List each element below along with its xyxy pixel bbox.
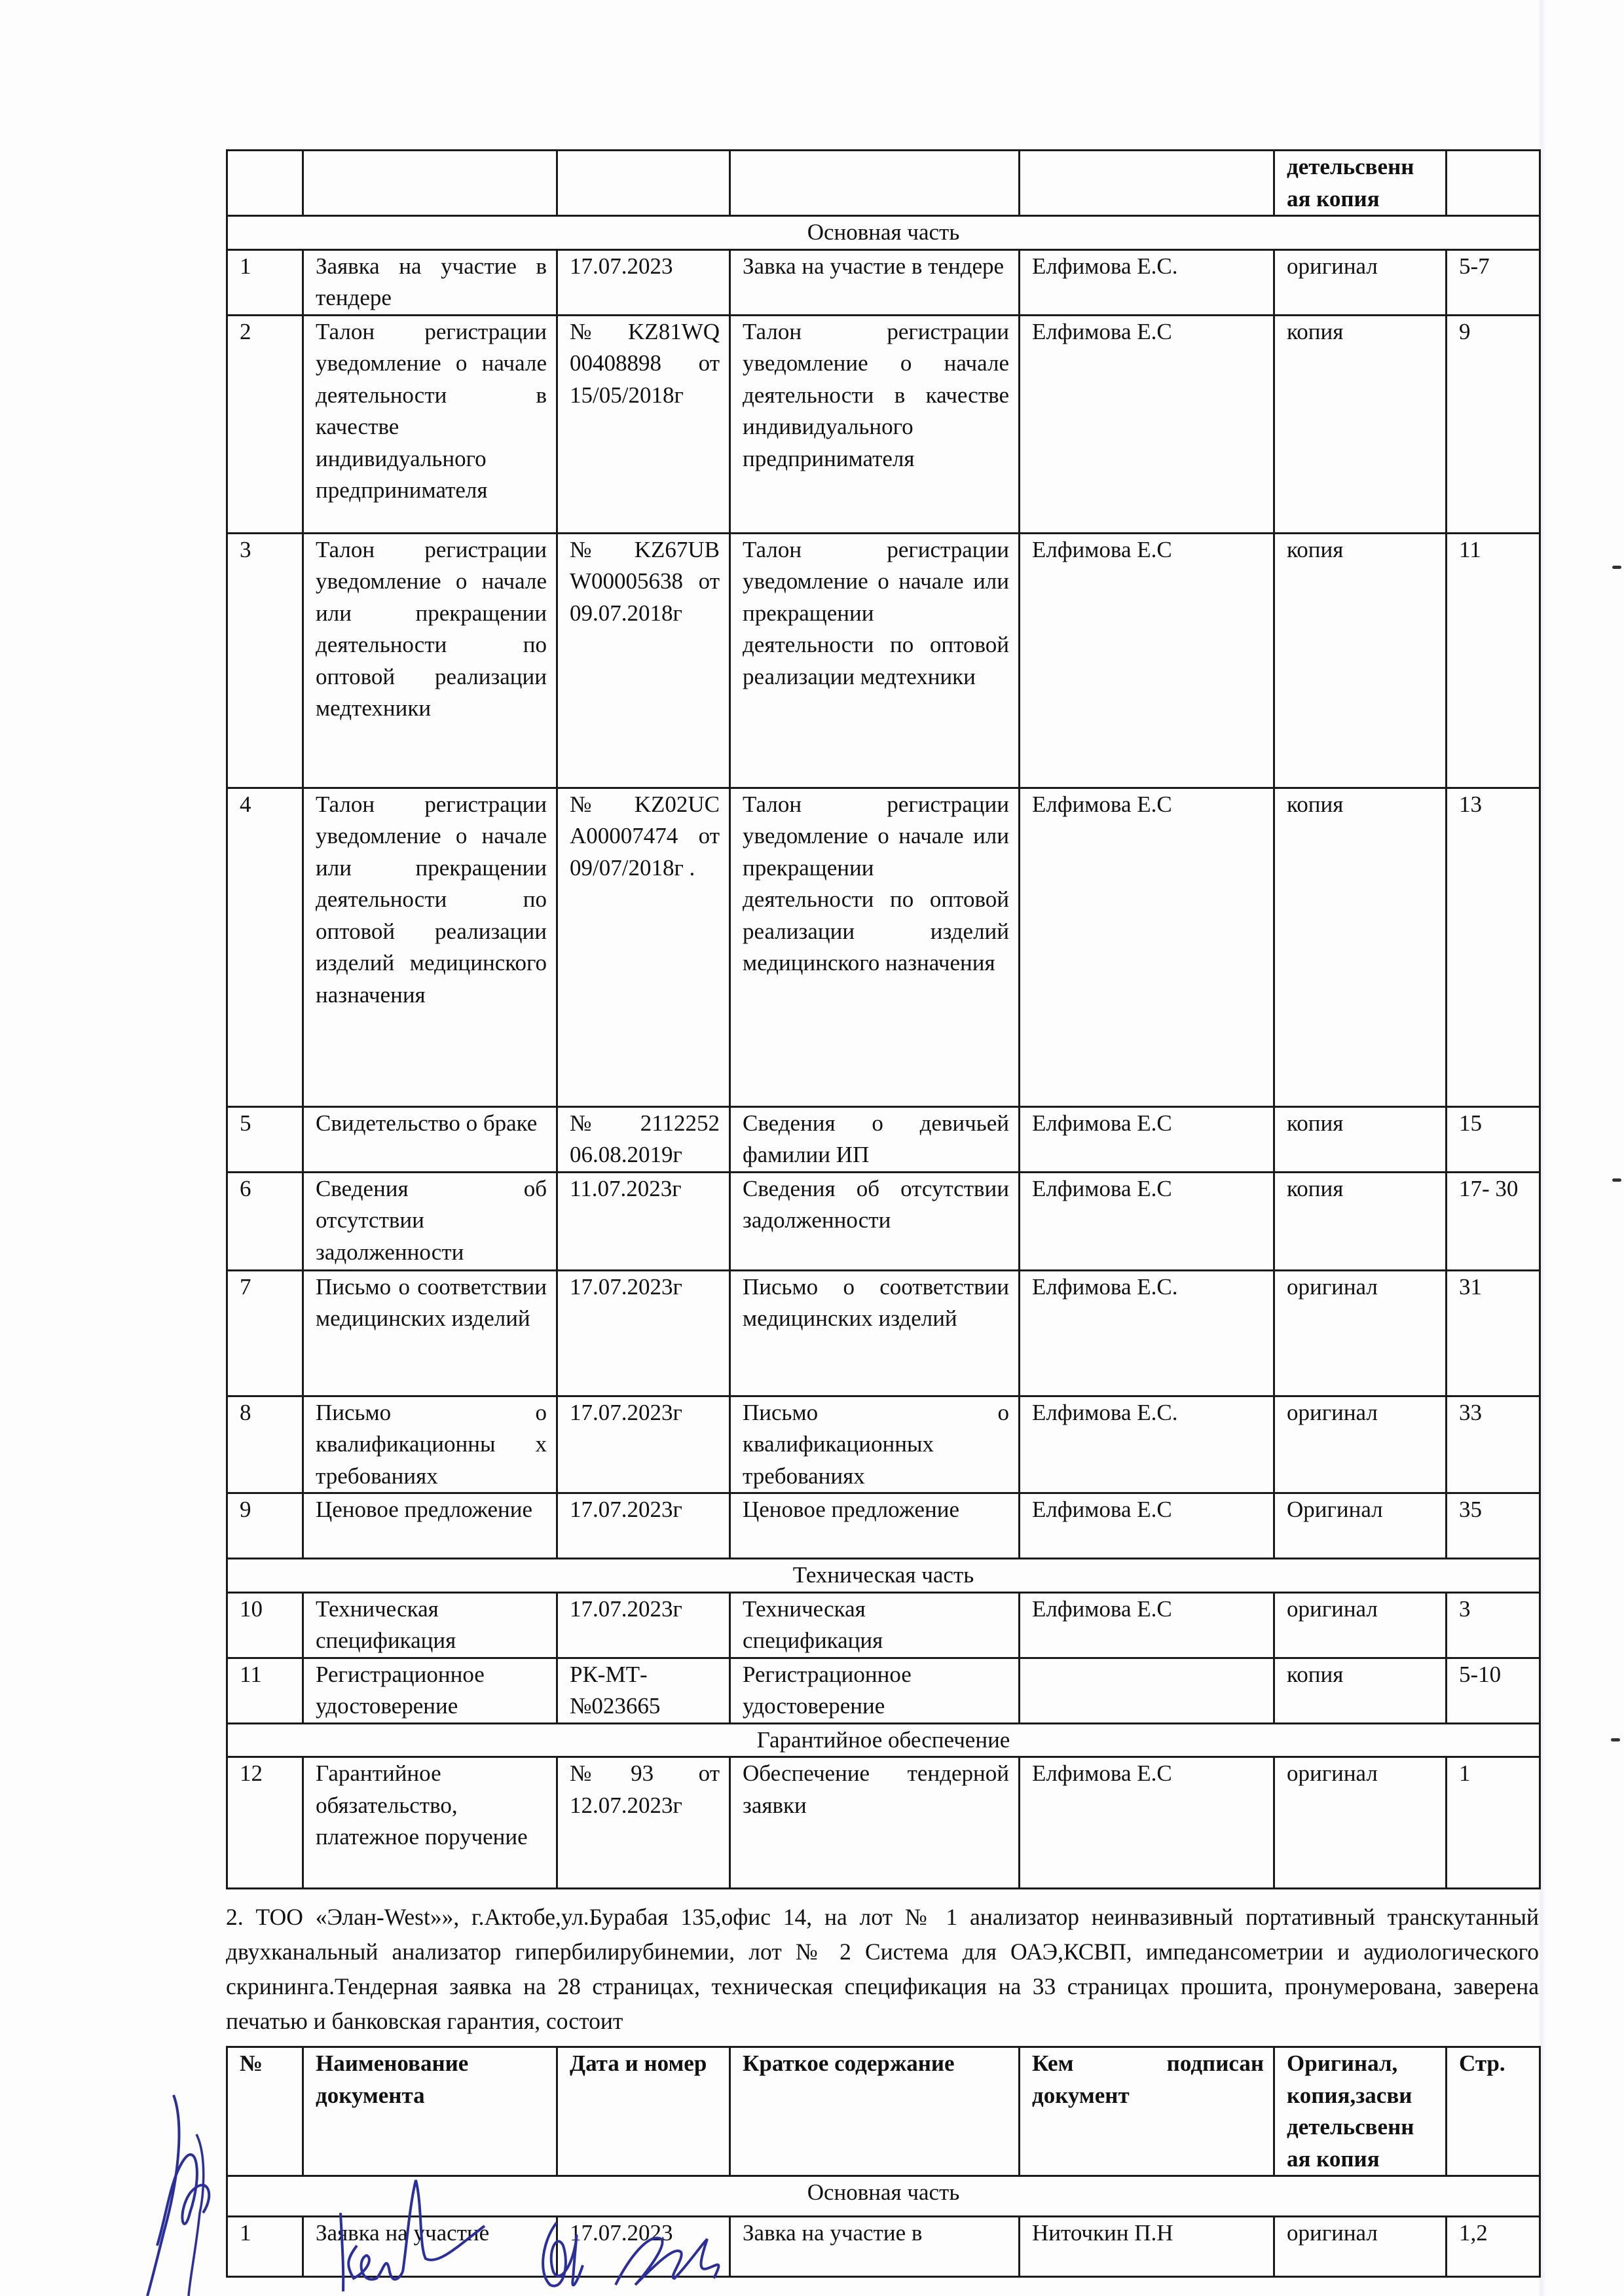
cell-pages: 5-10 (1447, 1658, 1540, 1723)
cell-row-number: 7 (227, 1270, 303, 1396)
signature-3 (602, 2219, 733, 2296)
cell-date-number: 11.07.2023г (557, 1172, 730, 1270)
cell-date-number: №KZ67UB W00005638 от 09.07.2018г (557, 533, 730, 788)
cell-row-number: 6 (227, 1172, 303, 1270)
section-row: Основная часть (227, 216, 1540, 250)
cell-summary: Письмо о квалификационных требованиях (730, 1396, 1020, 1493)
cell-document-name: Ценовое предложение (303, 1493, 557, 1559)
cell-pages: 15 (1447, 1106, 1540, 1172)
cell-summary: Талон регистрации уведомление о начале и… (730, 788, 1020, 1106)
cell-document-name: Свидетельство о браке (303, 1106, 557, 1172)
cell-summary: Регистрационное удостоверение (730, 1658, 1020, 1723)
cell-original-or-copy: копия (1274, 533, 1447, 788)
cell-date-number: 17.07.2023г (557, 1493, 730, 1559)
header-original-copy: Оригинал, копия,засви детельсвенн ая коп… (1274, 2047, 1447, 2176)
cell-pages: 35 (1447, 1493, 1540, 1559)
cell-date-number: №KZ02UC A00007474 от 09/07/2018г . (557, 788, 730, 1106)
cell-pages: 11 (1447, 533, 1540, 788)
header-signed-by: Кем подписан документ (1020, 2047, 1274, 2176)
cell-date-number: 17.07.2023 (557, 249, 730, 315)
cell-summary: Техническая спецификация (730, 1592, 1020, 1658)
participant-paragraph: 2. ТОО «Элан-West»», г.Актобе,ул.Бурабая… (226, 1900, 1539, 2039)
cell-document-name: Техническая спецификация (303, 1592, 557, 1658)
cell-signed-by: Елфимова Е.С. (1020, 249, 1274, 315)
header-summary: Краткое содержание (730, 2047, 1020, 2176)
cell-document-name: Регистрационное удостоверение (303, 1658, 557, 1723)
section-title: Гарантийное обеспечение (227, 1723, 1540, 1757)
table-header-tail-row: детельсвенн ая копия (227, 151, 1540, 216)
cell-document-name: Талон регистрации уведомление о начале и… (303, 788, 557, 1106)
cell-original-or-copy: оригинал (1274, 249, 1447, 315)
cell-original-or-copy: оригинал (1274, 2217, 1447, 2277)
cell-original-or-copy: оригинал (1274, 1396, 1447, 1493)
section-row: Техническая часть (227, 1559, 1540, 1593)
cell-signed-by: Елфимова Е.С. (1020, 1396, 1274, 1493)
header-number: № (227, 2047, 303, 2176)
cell-row-number: 8 (227, 1396, 303, 1493)
cell-summary: Талон регистрации уведомление о начале д… (730, 315, 1020, 533)
cell-signed-by: Елфимова Е.С. (1020, 1270, 1274, 1396)
table-row: 8Письмо о квалификационны х требованиях1… (227, 1396, 1540, 1493)
cell-summary: Завка на участие в (730, 2217, 1020, 2277)
scanned-page: детельсвенн ая копияОсновная часть1Заявк… (0, 0, 1624, 2296)
cell-document-name: Письмо о соответствии медицинских издели… (303, 1270, 557, 1396)
cell-row-number: 1 (227, 249, 303, 315)
signature-1 (327, 2174, 511, 2296)
cell-pages: 13 (1447, 788, 1540, 1106)
cell-original-or-copy: оригинал (1274, 1270, 1447, 1396)
header-date-number: Дата и номер (557, 2047, 730, 2176)
cell-pages: 33 (1447, 1396, 1540, 1493)
documents-table-1: детельсвенн ая копияОсновная часть1Заявк… (226, 149, 1541, 1889)
header-tail-cell (303, 151, 557, 216)
table-row: 12Гарантийное обязательство, платежное п… (227, 1757, 1540, 1889)
cell-document-name: Талон регистрации уведомление о начале д… (303, 315, 557, 533)
table-row: 9Ценовое предложение17.07.2023гЦеновое п… (227, 1493, 1540, 1559)
signature-left (92, 2082, 223, 2296)
scan-mark (1612, 1178, 1621, 1182)
header-document-name: Наименование документа (303, 2047, 557, 2176)
header-pages: Стр. (1447, 2047, 1540, 2176)
cell-signed-by: Елфимова Е.С (1020, 533, 1274, 788)
cell-date-number: №93 от 12.07.2023г (557, 1757, 730, 1889)
cell-summary: Обеспечение тендерной заявки (730, 1757, 1020, 1889)
cell-row-number: 12 (227, 1757, 303, 1889)
cell-row-number: 9 (227, 1493, 303, 1559)
cell-document-name: Письмо о квалификационны х требованиях (303, 1396, 557, 1493)
cell-pages: 31 (1447, 1270, 1540, 1396)
cell-signed-by: Елфимова Е.С (1020, 1493, 1274, 1559)
cell-signed-by: Елфимова Е.С (1020, 1757, 1274, 1889)
cell-date-number: 17.07.2023г (557, 1270, 730, 1396)
cell-original-or-copy: копия (1274, 1172, 1447, 1270)
section-row: Гарантийное обеспечение (227, 1723, 1540, 1757)
table-header-row: № Наименование документа Дата и номер Кр… (227, 2047, 1540, 2176)
cell-original-or-copy: копия (1274, 788, 1447, 1106)
cell-signed-by: Елфимова Е.С (1020, 1592, 1274, 1658)
table-row: 2Талон регистрации уведомление о начале … (227, 315, 1540, 533)
cell-pages: 3 (1447, 1592, 1540, 1658)
header-tail-cell (1447, 151, 1540, 216)
table-row: 10Техническая спецификация17.07.2023гТех… (227, 1592, 1540, 1658)
cell-summary: Письмо о соответствии медицинских издели… (730, 1270, 1020, 1396)
cell-signed-by: Елфимова Е.С (1020, 1172, 1274, 1270)
cell-date-number: №KZ81WQ 00408898 от 15/05/2018г (557, 315, 730, 533)
cell-row-number: 5 (227, 1106, 303, 1172)
header-tail-cell (1020, 151, 1274, 216)
cell-original-or-copy: оригинал (1274, 1592, 1447, 1658)
cell-summary: Ценовое предложение (730, 1493, 1020, 1559)
scan-mark (1612, 566, 1621, 569)
table-row: 3Талон регистрации уведомление о начале … (227, 533, 1540, 788)
cell-original-or-copy: оригинал (1274, 1757, 1447, 1889)
cell-date-number: 17.07.2023г (557, 1396, 730, 1493)
cell-pages: 1 (1447, 1757, 1540, 1889)
cell-date-number: РК-МТ- №023665 (557, 1658, 730, 1723)
cell-date-number: №2112252 06.08.2019г (557, 1106, 730, 1172)
cell-row-number: 11 (227, 1658, 303, 1723)
cell-pages: 9 (1447, 315, 1540, 533)
table-row: 5Свидетельство о браке№2112252 06.08.201… (227, 1106, 1540, 1172)
cell-summary: Завка на участие в тендере (730, 249, 1020, 315)
cell-pages: 1,2 (1447, 2217, 1540, 2277)
cell-signed-by: Елфимова Е.С (1020, 788, 1274, 1106)
header-tail-cell (730, 151, 1020, 216)
table-row: 6Сведения об отсутствии задолженности11.… (227, 1172, 1540, 1270)
cell-original-or-copy: копия (1274, 1106, 1447, 1172)
cell-signed-by: Ниточкин П.Н (1020, 2217, 1274, 2277)
cell-summary: Сведения о девичьей фамилии ИП (730, 1106, 1020, 1172)
cell-signed-by: Елфимова Е.С (1020, 1106, 1274, 1172)
cell-summary: Сведения об отсутствии задолженности (730, 1172, 1020, 1270)
cell-document-name: Гарантийное обязательство, платежное пор… (303, 1757, 557, 1889)
table-row: 4Талон регистрации уведомление о начале … (227, 788, 1540, 1106)
table-row: 7Письмо о соответствии медицинских издел… (227, 1270, 1540, 1396)
cell-row-number: 10 (227, 1592, 303, 1658)
cell-signed-by: Елфимова Е.С (1020, 315, 1274, 533)
table-row: 11Регистрационное удостоверениеРК-МТ- №0… (227, 1658, 1540, 1723)
cell-pages: 17- 30 (1447, 1172, 1540, 1270)
cell-row-number: 4 (227, 788, 303, 1106)
section-title: Основная часть (227, 216, 1540, 250)
cell-row-number: 3 (227, 533, 303, 788)
cell-date-number: 17.07.2023г (557, 1592, 730, 1658)
cell-original-or-copy: копия (1274, 1658, 1447, 1723)
cell-row-number: 1 (227, 2217, 303, 2277)
cell-original-or-copy: Оригинал (1274, 1493, 1447, 1559)
section-title: Техническая часть (227, 1559, 1540, 1593)
table-row: 1Заявка на участие в тендере17.07.2023За… (227, 249, 1540, 315)
cell-summary: Талон регистрации уведомление о начале и… (730, 533, 1020, 788)
signature-2 (511, 2213, 602, 2296)
header-tail-cell: детельсвенн ая копия (1274, 151, 1447, 216)
cell-original-or-copy: копия (1274, 315, 1447, 533)
header-tail-cell (557, 151, 730, 216)
cell-document-name: Талон регистрации уведомление о начале и… (303, 533, 557, 788)
cell-document-name: Сведения об отсутствии задолженности (303, 1172, 557, 1270)
cell-document-name: Заявка на участие в тендере (303, 249, 557, 315)
cell-pages: 5-7 (1447, 249, 1540, 315)
scan-mark (1611, 1738, 1620, 1741)
header-tail-cell (227, 151, 303, 216)
cell-signed-by (1020, 1658, 1274, 1723)
cell-row-number: 2 (227, 315, 303, 533)
